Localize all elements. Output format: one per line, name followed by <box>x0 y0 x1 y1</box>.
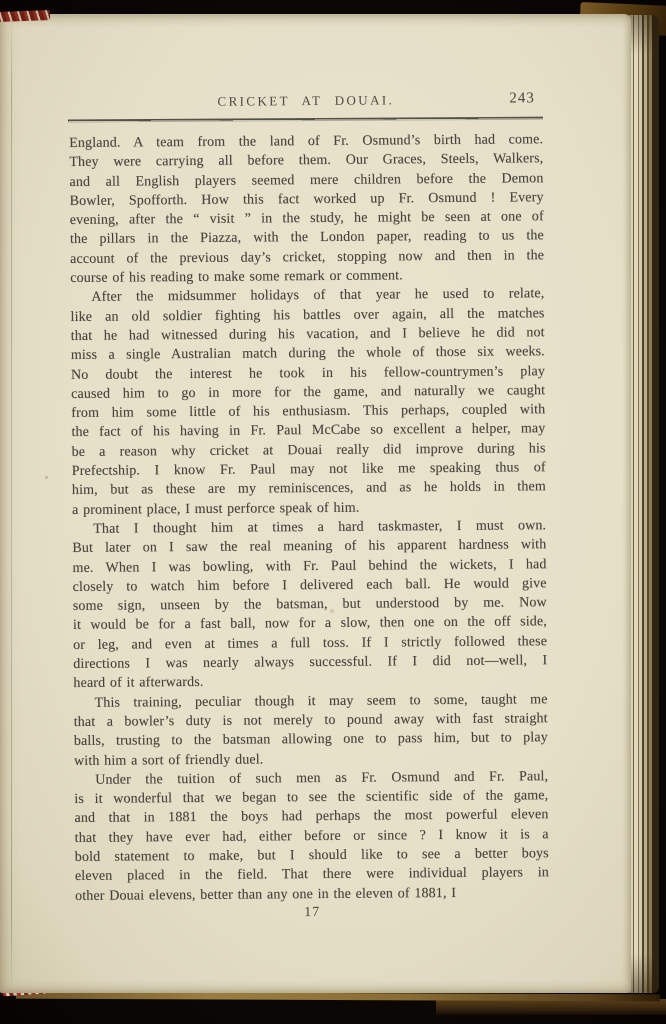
paragraph: England. A team from the land of Fr. Osm… <box>69 130 544 288</box>
text-line: account of the previous day’s cricket, s… <box>70 246 544 269</box>
signature-mark: 17 <box>75 903 549 923</box>
text-line: balls, trusting to the batsman allowing … <box>74 728 548 751</box>
page-number: 243 <box>509 90 535 107</box>
text-line: him, but as these are my reminiscences, … <box>72 478 546 501</box>
book-page: CRICKET AT DOUAI. 243 England. A team fr… <box>0 14 631 993</box>
header-rule <box>68 117 543 123</box>
text-line: other Douai elevens, better than any one… <box>75 883 549 906</box>
text-line: eleven placed in the field. That there w… <box>75 863 549 886</box>
body-text: England. A team from the land of Fr. Osm… <box>69 130 549 906</box>
page-title: CRICKET AT DOUAI. <box>69 91 543 111</box>
paragraph: After the midsummer holidays of that yea… <box>70 285 546 520</box>
paragraph: That I thought him at times a hard taskm… <box>72 516 547 693</box>
paragraph: This training, peculiar though it may se… <box>73 690 548 771</box>
endband-top-left <box>0 10 50 22</box>
printed-content: CRICKET AT DOUAI. 243 England. A team fr… <box>0 12 635 996</box>
running-header: CRICKET AT DOUAI. 243 <box>69 91 543 111</box>
binding-bottom-right <box>436 999 666 1015</box>
paragraph: Under the tuition of such men as Fr. Osm… <box>74 767 549 906</box>
